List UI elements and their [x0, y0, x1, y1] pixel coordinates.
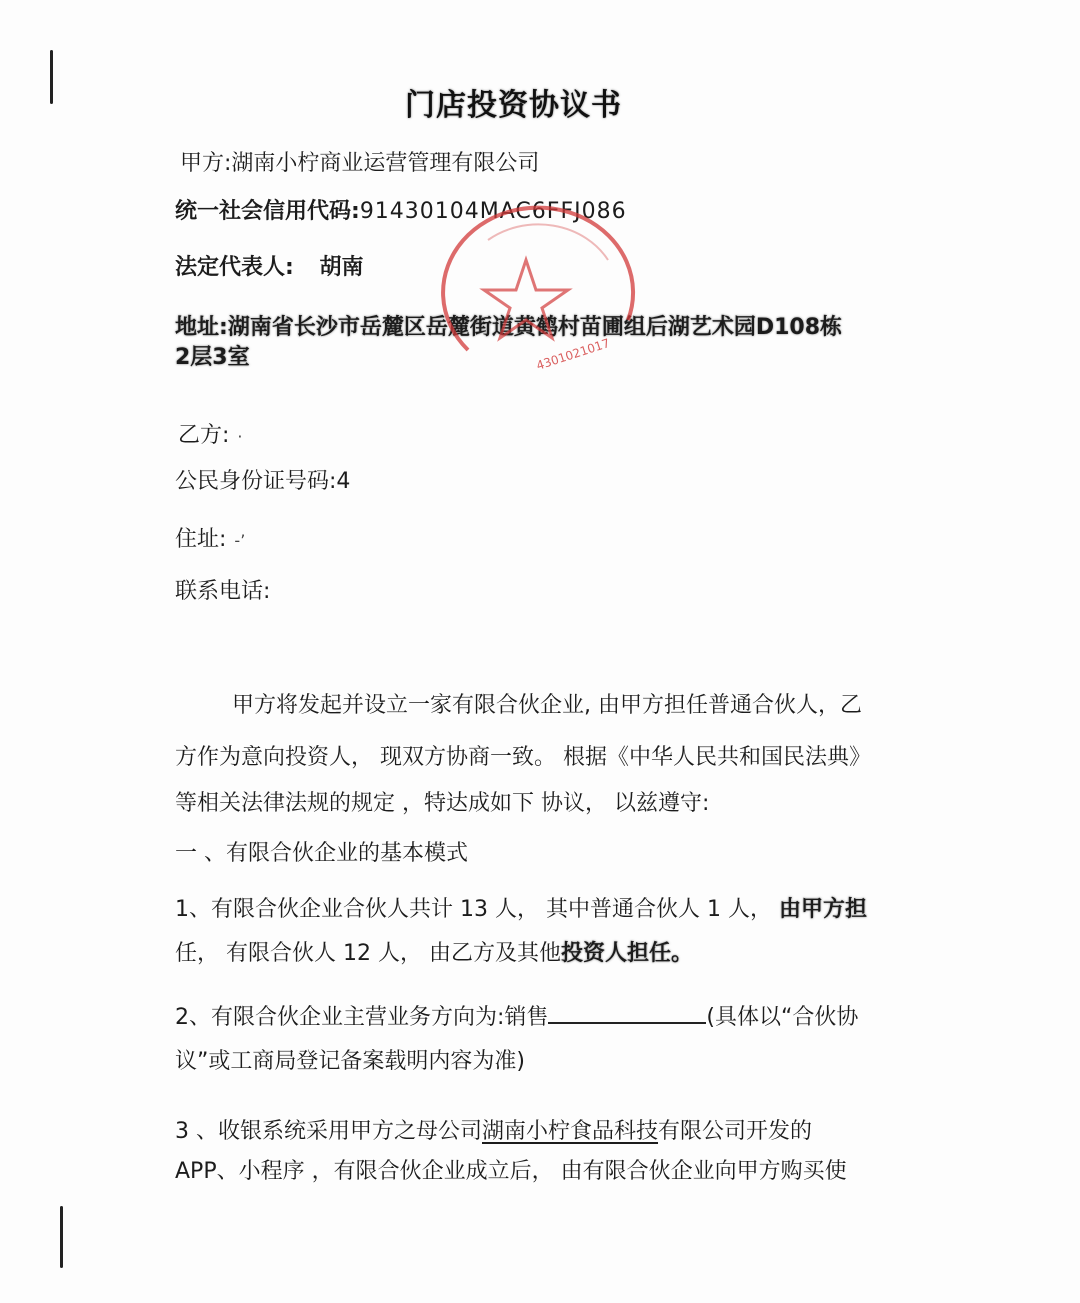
redacted-mark: · — [237, 427, 242, 446]
residence-line: 住址:-’ — [175, 522, 245, 553]
credit-code-line: 统一社会信用代码:91430104MAC6FFJ086 — [175, 194, 627, 225]
preamble-line-2: 方作为意向投资人， 现双方协商一致。 根据《中华人民共和国民法典》 — [175, 740, 871, 771]
party-a-name: 湖南小柠商业运营管理有限公司 — [231, 151, 539, 176]
phone-line: 联系电话: — [175, 574, 270, 605]
preamble-line-1: 甲方将发起并设立一家有限合伙企业, 由甲方担任普通合伙人，乙 — [232, 688, 862, 719]
party-a-line: 甲方:湖南小柠商业运营管理有限公司 — [180, 146, 539, 177]
party-a-address-line1: 地址:湖南省长沙市岳麓区岳麓街道黄鹤村苗圃组后湖艺术园D108栋 — [175, 310, 842, 341]
legal-rep-line: 法定代表人: 胡南 — [175, 250, 364, 281]
phone-label: 联系电话: — [175, 579, 270, 604]
residence-label: 住址: — [175, 527, 226, 552]
clause-1-text-emph: 投资人担任。 — [561, 941, 693, 966]
party-b-label: 乙方: — [178, 423, 229, 448]
id-number-label: 公民身份证号码: — [175, 469, 336, 494]
preamble-line-3: 等相关法律法规的规定 ，特达成如下 协议， 以兹遵守: — [175, 786, 709, 817]
blank-fill-line — [548, 1002, 706, 1024]
parent-company-name: 湖南小柠食品科技 — [482, 1119, 658, 1144]
clause-3-line-1: 3 、收银系统采用甲方之母公司湖南小柠食品科技有限公司开发的 — [175, 1114, 812, 1145]
clause-2-text: 2、有限合伙企业主营业务方向为:销售 — [175, 1005, 548, 1030]
clause-3-line-2: APP、小程序 ，有限合伙企业成立后， 由有限合伙企业向甲方购买使 — [175, 1154, 847, 1185]
id-number-partial: 4 — [336, 469, 350, 494]
clause-2-text-tail: (具体以“合伙协 — [706, 1005, 858, 1030]
clause-3-text-tail: 有限公司开发的 — [658, 1119, 812, 1144]
address-value-line1: 湖南省长沙市岳麓区岳麓街道黄鹤村苗圃组后湖艺术园D108栋 — [228, 315, 842, 340]
clause-2-line-2: 议”或工商局登记备案载明内容为准) — [175, 1044, 525, 1075]
credit-code-label: 统一社会信用代码: — [175, 199, 360, 224]
party-a-label: 甲方: — [180, 151, 231, 176]
party-a-address-line2: 2层3室 — [175, 340, 250, 371]
redacted-mark: -’ — [234, 531, 245, 550]
clause-3-text: 3 、收银系统采用甲方之母公司 — [175, 1119, 482, 1144]
red-seal-icon: 4301021017 — [428, 200, 640, 380]
svg-text:4301021017: 4301021017 — [535, 336, 612, 373]
legal-rep-value: 胡南 — [319, 255, 363, 280]
binder-hole-mark-bottom — [60, 1206, 63, 1268]
section-1-heading: 一 、有限合伙企业的基本模式 — [175, 836, 468, 867]
credit-code-value: 91430104MAC6FFJ086 — [360, 199, 627, 224]
clause-1-text-emph: 由甲方担 — [779, 897, 867, 922]
document-title: 门店投资协议书 — [405, 80, 622, 124]
binder-hole-mark-top — [50, 50, 53, 104]
company-seal-stamp: 4301021017 — [428, 200, 640, 380]
address-label: 地址: — [175, 315, 228, 340]
document-page: 门店投资协议书 甲方:湖南小柠商业运营管理有限公司 统一社会信用代码:91430… — [0, 0, 1080, 1303]
legal-rep-label: 法定代表人: — [175, 255, 294, 280]
clause-1-text: 任， 有限合伙人 12 人， 由乙方及其他 — [175, 941, 561, 966]
clause-1-line-2: 任， 有限合伙人 12 人， 由乙方及其他投资人担任。 — [175, 936, 693, 967]
id-number-line: 公民身份证号码:4 — [175, 464, 350, 495]
clause-2-line-1: 2、有限合伙企业主营业务方向为:销售(具体以“合伙协 — [175, 1000, 858, 1031]
party-b-line: 乙方:· — [178, 418, 243, 449]
clause-1-text: 1、有限合伙企业合伙人共计 13 人， 其中普通合伙人 1 人， — [175, 897, 779, 922]
clause-1-line-1: 1、有限合伙企业合伙人共计 13 人， 其中普通合伙人 1 人， 由甲方担 — [175, 892, 867, 923]
